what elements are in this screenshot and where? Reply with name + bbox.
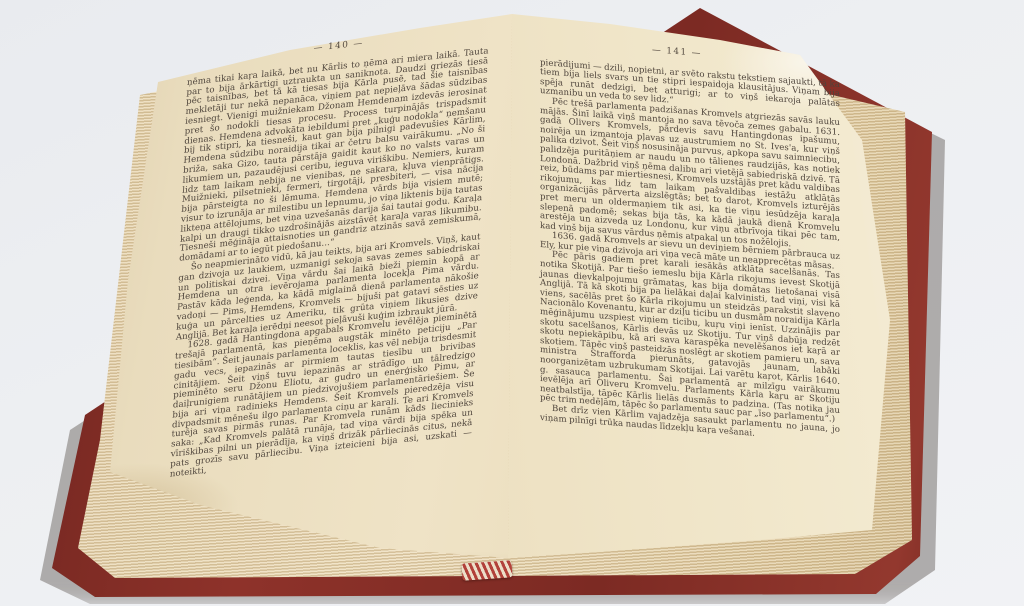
right-page-text: — 141 — pierādijumi — dzili, nopietni, a… [540, 38, 840, 445]
left-page-text: — 140 — ņēma tikai kaŗa laikā, bet nu Kā… [170, 26, 490, 480]
spine-headband [461, 560, 512, 580]
right-paragraph-2: Pēc trešā parlamenta padzišanas Kromvels… [540, 97, 840, 253]
right-paragraph-4: Pēc pāris gadiem pret karali iesākās atk… [540, 250, 840, 426]
left-paragraph-1: ņēma tikai kaŗa laikā, bet nu Kārlis to … [179, 47, 489, 265]
book-photo: — 140 — ņēma tikai kaŗa laikā, bet nu Kā… [0, 0, 1024, 606]
